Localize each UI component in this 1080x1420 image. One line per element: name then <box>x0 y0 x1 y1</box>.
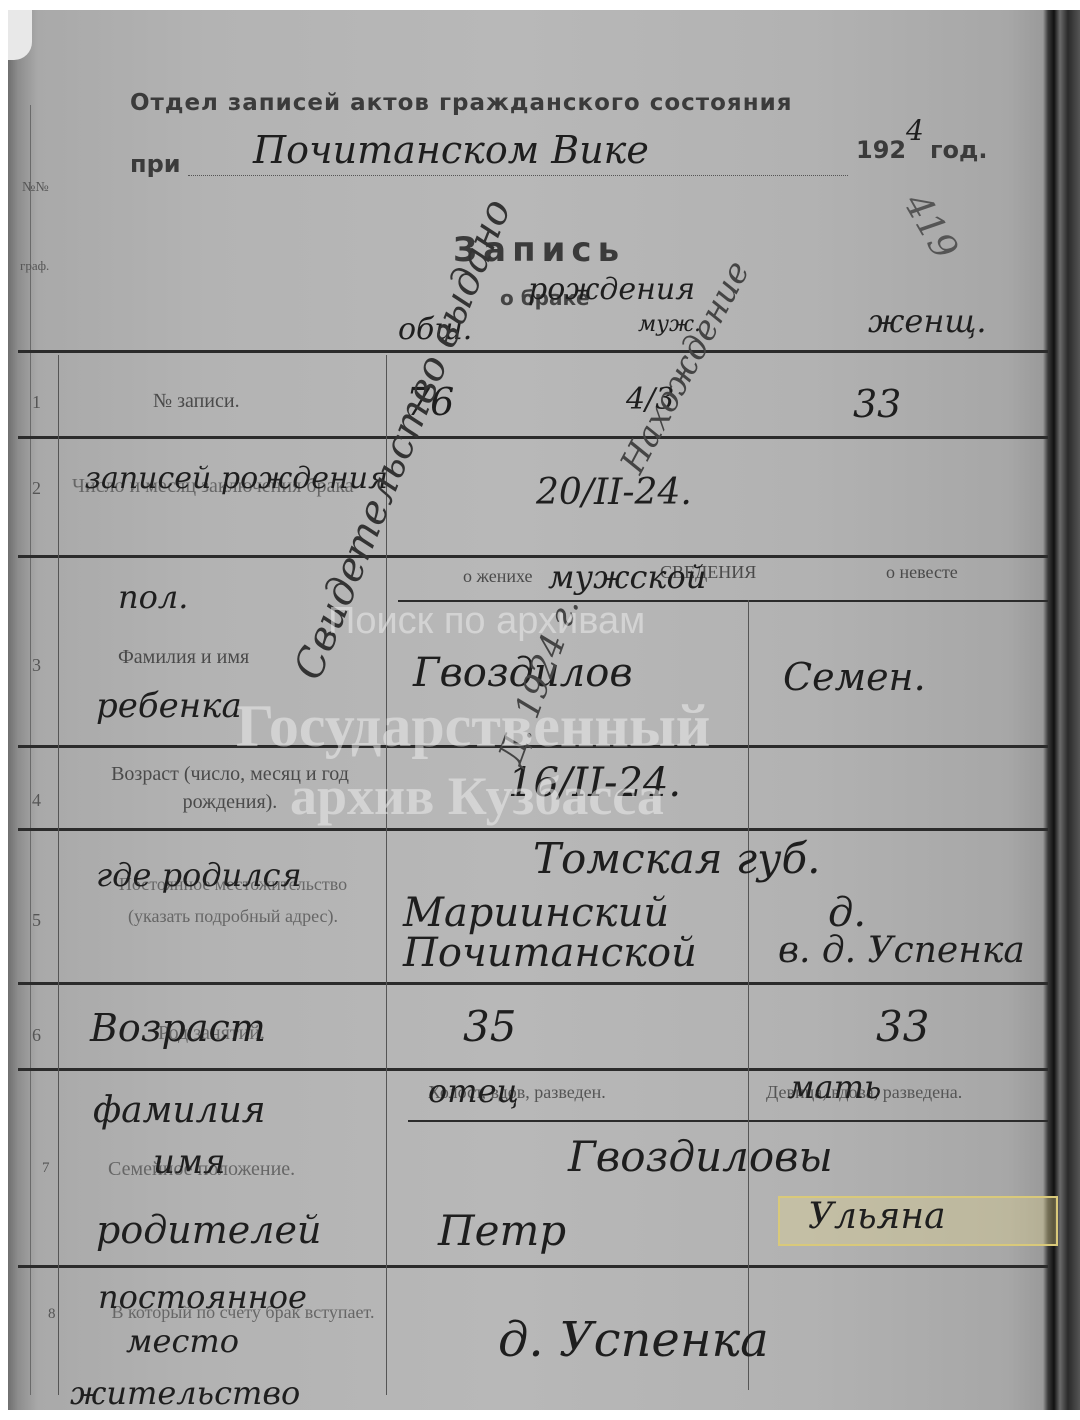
corner-note: 419 <box>895 186 965 266</box>
row-label-handwritten: имя <box>153 1142 226 1182</box>
row-label-handwritten: пол. <box>118 578 188 616</box>
department-title: Отдел записей актов гражданского состоян… <box>130 90 792 116</box>
row-number: 3 <box>32 655 41 676</box>
margin-graf-label: граф. <box>20 258 49 274</box>
row-divider <box>18 350 1048 353</box>
row-divider <box>18 1265 1048 1268</box>
pri-value: Почитанском Вике <box>253 128 649 172</box>
row-number: 4 <box>32 790 41 811</box>
row-number: 5 <box>32 910 41 931</box>
column-line <box>58 355 59 1395</box>
row-number: 1 <box>32 392 41 413</box>
row-label-handwritten: Возраст <box>90 1006 266 1050</box>
page-corner <box>8 10 32 60</box>
margin-no-label: №№ <box>22 180 49 196</box>
mother-age: 33 <box>876 1002 929 1051</box>
row-number: 2 <box>32 478 41 499</box>
title-right-note: женщ. <box>868 302 987 340</box>
year-prefix: 192 <box>856 136 906 164</box>
registration-date: 20/II-24. <box>536 472 692 513</box>
pri-underline <box>188 175 848 176</box>
watermark-search: Поиск по архивам <box>328 600 645 643</box>
row-label-handwritten: фамилия <box>93 1090 266 1131</box>
row-label-handwritten: где родился <box>96 856 302 894</box>
mother-name: Ульяна <box>808 1196 946 1237</box>
row-divider <box>18 1068 1048 1071</box>
row-label-handwritten: ребенка <box>96 686 242 726</box>
row-label-handwritten: постоянное <box>98 1278 307 1316</box>
watermark-archive-name: архив Кузбасса <box>290 765 664 827</box>
col-header-groom: о женихе <box>463 566 533 587</box>
row-number: 6 <box>32 1025 41 1046</box>
row-divider <box>408 1120 1048 1122</box>
pri-label: при <box>130 150 181 178</box>
place-village: в. д. Успенка <box>778 930 1025 971</box>
place-volost: Почитанской <box>403 930 697 976</box>
row-label: Фамилия и имя <box>118 646 249 669</box>
child-name: Семен. <box>783 655 926 699</box>
margin-line <box>30 105 31 1395</box>
year-label: год. <box>930 136 988 164</box>
document-page: №№ граф. Отдел записей актов гражданског… <box>8 10 1080 1410</box>
row-number: 8 <box>48 1306 56 1323</box>
row-divider <box>18 436 1048 439</box>
mother-label: мать <box>788 1068 881 1106</box>
row-label-handwritten: родителей <box>96 1208 321 1252</box>
year-suffix: 4 <box>906 114 924 147</box>
row-number: 7 <box>42 1160 50 1177</box>
row-label: № записи. <box>153 390 240 413</box>
record-subtitle-handwritten: рождения <box>528 272 695 307</box>
row-label-handwritten: жительство <box>70 1374 300 1412</box>
col-header-bride: о невесте <box>886 562 958 583</box>
place-province: Томская губ. <box>533 834 821 883</box>
row-label-handwritten: место <box>126 1322 239 1360</box>
row-divider <box>18 982 1048 985</box>
residence-value: д. Успенка <box>498 1312 769 1368</box>
column-line <box>748 600 749 1390</box>
row-divider <box>18 555 1048 558</box>
row-label-handwritten: записей рождения <box>68 462 388 496</box>
parents-surname: Гвоздиловы <box>568 1132 833 1181</box>
sex-value: мужской <box>548 558 706 596</box>
record-number-right: 33 <box>853 382 901 426</box>
father-age: 35 <box>463 1002 516 1051</box>
father-name: Петр <box>438 1206 566 1255</box>
row-divider <box>18 828 1048 831</box>
father-label: отец <box>428 1072 519 1110</box>
watermark-archive: Государственный <box>236 692 710 761</box>
